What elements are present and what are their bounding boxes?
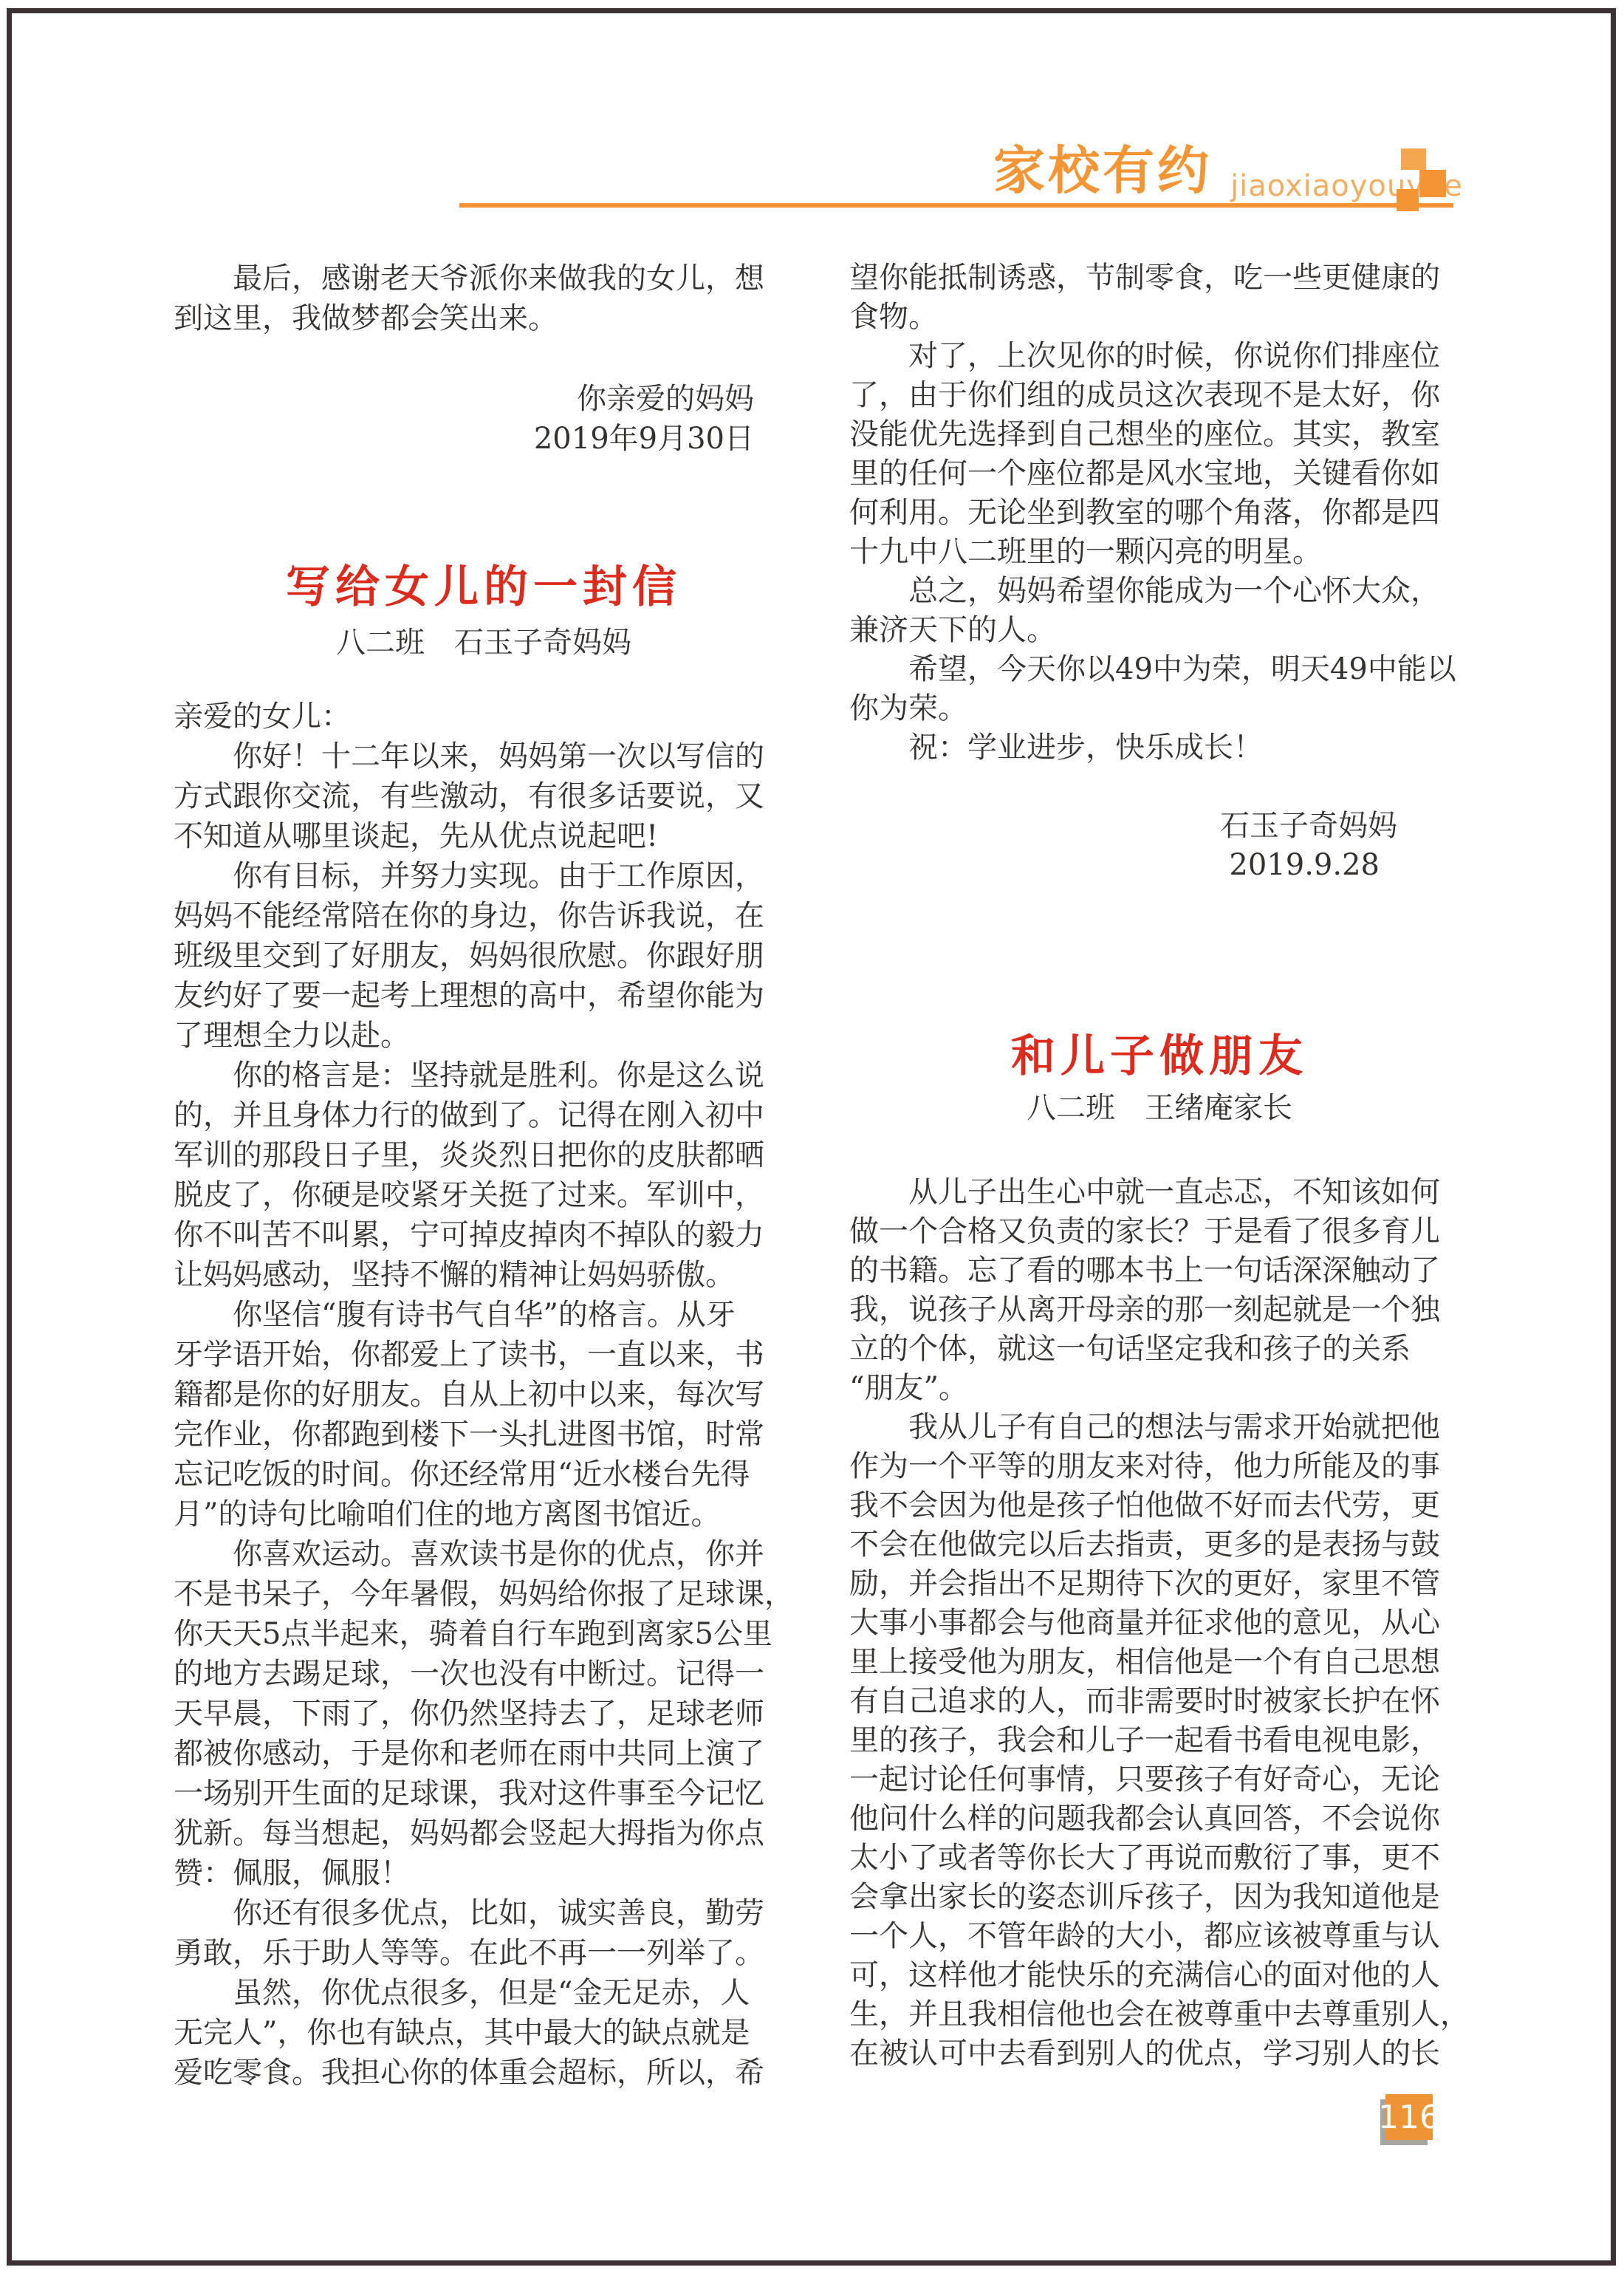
text-line: 的地方去踢足球，一次也没有中断过。记得一 [174, 1654, 794, 1694]
text-line: 你喜欢运动。喜欢读书是你的优点，你并 [174, 1534, 794, 1574]
text-line: 不知道从哪里谈起，先从优点说起吧! [174, 816, 794, 856]
text-line: 虽然，你优点很多，但是“金无足赤，人 [174, 1973, 794, 2013]
text-line: 月”的诗句比喻咱们住的地方离图书馆近。 [174, 1494, 794, 1534]
text-line: 作为一个平等的朋友来对待，他力所能及的事 [849, 1447, 1470, 1486]
text-line: 军训的那段日子里，炎炎烈日把你的皮肤都晒 [174, 1135, 794, 1175]
text-line: 我从儿子有自己的想法与需求开始就把他 [849, 1408, 1470, 1447]
text-line: 班级里交到了好朋友，妈妈很欣慰。你跟好朋 [174, 936, 794, 976]
text-line: 到这里，我做梦都会笑出来。 [174, 298, 794, 338]
text-line: 妈妈不能经常陪在你的身边，你告诉我说，在 [174, 896, 794, 936]
letter-body: 从儿子出生心中就一直忐忑，不知该如何做一个合格又负责的家长？于是看了很多育儿的书… [849, 1173, 1470, 2074]
text-line: 望你能抵制诱惑，节制零食，吃一些更健康的 [849, 259, 1470, 298]
signature-name: 你亲爱的妈妈 [174, 379, 794, 419]
text-line: 犹新。每当想起，妈妈都会竖起大拇指为你点 [174, 1813, 794, 1853]
text-line: 里上接受他为朋友，相信他是一个有自己思想 [849, 1643, 1470, 1682]
text-line: 对了，上次见你的时候，你说你们排座位 [849, 337, 1470, 376]
text-line: 会拿出家长的姿态训斥孩子，因为我知道他是 [849, 1878, 1470, 1917]
text-line: 有自己追求的人，而非需要时时被家长护在怀 [849, 1682, 1470, 1721]
text-line: 你好！十二年以来，妈妈第一次以写信的 [174, 736, 794, 776]
text-line: 从儿子出生心中就一直忐忑，不知该如何 [849, 1173, 1470, 1212]
text-line: 方式跟你交流，有些激动，有很多话要说，又 [174, 776, 794, 816]
text-line: 十九中八二班里的一颗闪亮的明星。 [849, 533, 1470, 572]
text-line: 你的格言是：坚持就是胜利。你是这么说 [174, 1056, 794, 1095]
text-line: 兼济天下的人。 [849, 611, 1470, 650]
text-line: 的，并且身体力行的做到了。记得在刚入初中 [174, 1095, 794, 1135]
text-line: 籍都是你的好朋友。自从上初中以来，每次写 [174, 1375, 794, 1415]
text-line: 我，说孩子从离开母亲的那一刻起就是一个独 [849, 1290, 1470, 1330]
letter-closing-paragraph: 最后，感谢老天爷派你来做我的女儿，想到这里，我做梦都会笑出来。 [174, 259, 794, 338]
text-line: 你天天5点半起来，骑着自行车跑到离家5公里 [174, 1614, 794, 1654]
text-line: 脱皮了，你硬是咬紧牙关挺了过来。军训中， [174, 1175, 794, 1215]
text-line: 都被你感动，于是你和老师在雨中共同上演了 [174, 1734, 794, 1774]
left-column: 最后，感谢老天爷派你来做我的女儿，想到这里，我做梦都会笑出来。 你亲爱的妈妈 2… [174, 259, 794, 2093]
text-line: 总之，妈妈希望你能成为一个心怀大众， [849, 572, 1470, 611]
letter-title: 写给女儿的一封信 [174, 558, 794, 617]
letter-title: 和儿子做朋友 [849, 1027, 1470, 1086]
signature-name: 石玉子奇妈妈 [849, 807, 1470, 846]
text-line: 友约好了要一起考上理想的高中，希望你能为 [174, 976, 794, 1016]
text-line: 赞：佩服，佩服！ [174, 1853, 794, 1893]
text-line: 希望，今天你以49中为荣，明天49中能以 [849, 650, 1470, 689]
text-line: 里的孩子，我会和儿子一起看书看电视电影， [849, 1721, 1470, 1760]
signature-date: 2019年9月30日 [174, 419, 794, 459]
text-line: 完作业，你都跑到楼下一头扎进图书馆，时常 [174, 1415, 794, 1454]
text-line: 你不叫苦不叫累，宁可掉皮掉肉不掉队的毅力 [174, 1215, 794, 1255]
text-line: 亲爱的女儿： [174, 697, 794, 736]
text-line: 天早晨，下雨了，你仍然坚持去了，足球老师 [174, 1694, 794, 1734]
signature-block: 石玉子奇妈妈 2019.9.28 [849, 807, 1470, 885]
header-deco-square-2 [1419, 170, 1446, 197]
text-line: 大事小事都会与他商量并征求他的意见，从心 [849, 1604, 1470, 1643]
letter-body-continued: 望你能抵制诱惑，节制零食，吃一些更健康的食物。对了，上次见你的时候，你说你们排座… [849, 259, 1470, 768]
page-number: 116 [1378, 2099, 1440, 2136]
text-line: 你还有很多优点，比如，诚实善良，勤劳 [174, 1893, 794, 1933]
text-line: 牙学语开始，你都爱上了读书，一直以来，书 [174, 1335, 794, 1375]
letter-byline: 八二班 王绪庵家长 [849, 1088, 1470, 1128]
text-line: 何利用。无论坐到教室的哪个角落，你都是四 [849, 493, 1470, 533]
text-line: 不是书呆子，今年暑假，妈妈给你报了足球课， [174, 1574, 794, 1614]
page-number-badge: 116 [1385, 2094, 1433, 2140]
text-line: 的书籍。忘了看的哪本书上一句话深深触动了 [849, 1251, 1470, 1290]
text-line: 一起讨论任何事情，只要孩子有好奇心，无论 [849, 1760, 1470, 1799]
text-line: 你有目标，并努力实现。由于工作原因， [174, 856, 794, 896]
letter-byline: 八二班 石玉子奇妈妈 [174, 623, 794, 663]
text-line: 祝：学业进步，快乐成长！ [849, 728, 1470, 768]
text-line: 励，并会指出不足期待下次的更好，家里不管 [849, 1565, 1470, 1604]
text-line: 食物。 [849, 298, 1470, 337]
letter-body: 亲爱的女儿：你好！十二年以来，妈妈第一次以写信的方式跟你交流，有些激动，有很多话… [174, 697, 794, 2093]
header-deco-square-1 [1401, 148, 1426, 170]
text-line: 忘记吃饭的时间。你还经常用“近水楼台先得 [174, 1454, 794, 1494]
header-deco-square-3 [1397, 189, 1419, 211]
text-line: 不会在他做完以后去指责，更多的是表扬与鼓 [849, 1525, 1470, 1565]
text-line: 了理想全力以赴。 [174, 1016, 794, 1056]
text-line: “朋友”。 [849, 1369, 1470, 1408]
signature-block: 你亲爱的妈妈 2019年9月30日 [174, 379, 794, 459]
right-column: 望你能抵制诱惑，节制零食，吃一些更健康的食物。对了，上次见你的时候，你说你们排座… [849, 259, 1470, 2074]
text-line: 让妈妈感动，坚持不懈的精神让妈妈骄傲。 [174, 1255, 794, 1295]
magazine-page: 家校有约 jiaoxiaoyouyue 最后，感谢老天爷派你来做我的女儿，想到这… [0, 0, 1624, 2270]
text-line: 他问什么样的问题我都会认真回答，不会说你 [849, 1799, 1470, 1839]
text-line: 可，这样他才能快乐的充满信心的面对他的人 [849, 1956, 1470, 1995]
text-line: 勇敢，乐于助人等等。在此不再一一列举了。 [174, 1933, 794, 1973]
text-line: 爱吃零食。我担心你的体重会超标，所以，希 [174, 2053, 794, 2093]
text-line: 我不会因为他是孩子怕他做不好而去代劳，更 [849, 1486, 1470, 1525]
text-line: 一场别开生面的足球课，我对这件事至今记忆 [174, 1774, 794, 1813]
text-line: 立的个体，就这一句话坚定我和孩子的关系 [849, 1330, 1470, 1369]
text-line: 最后，感谢老天爷派你来做我的女儿，想 [174, 259, 794, 298]
text-line: 你坚信“腹有诗书气自华”的格言。从牙 [174, 1295, 794, 1335]
text-line: 里的任何一个座位都是风水宝地，关键看你如 [849, 454, 1470, 493]
text-line: 生，并且我相信他也会在被尊重中去尊重别人， [849, 1995, 1470, 2034]
text-line: 无完人”，你也有缺点，其中最大的缺点就是 [174, 2013, 794, 2053]
signature-date: 2019.9.28 [849, 846, 1470, 885]
text-line: 了，由于你们组的成员这次表现不是太好，你 [849, 376, 1470, 415]
text-line: 你为荣。 [849, 689, 1470, 728]
text-line: 没能优先选择到自己想坐的座位。其实，教室 [849, 415, 1470, 454]
text-line: 一个人，不管年龄的大小，都应该被尊重与认 [849, 1917, 1470, 1956]
header-title: 家校有约 [993, 140, 1212, 201]
text-line: 在被认可中去看到别人的优点，学习别人的长 [849, 2034, 1470, 2074]
text-line: 太小了或者等你长大了再说而敷衍了事，更不 [849, 1839, 1470, 1878]
text-line: 做一个合格又负责的家长？于是看了很多育儿 [849, 1212, 1470, 1251]
